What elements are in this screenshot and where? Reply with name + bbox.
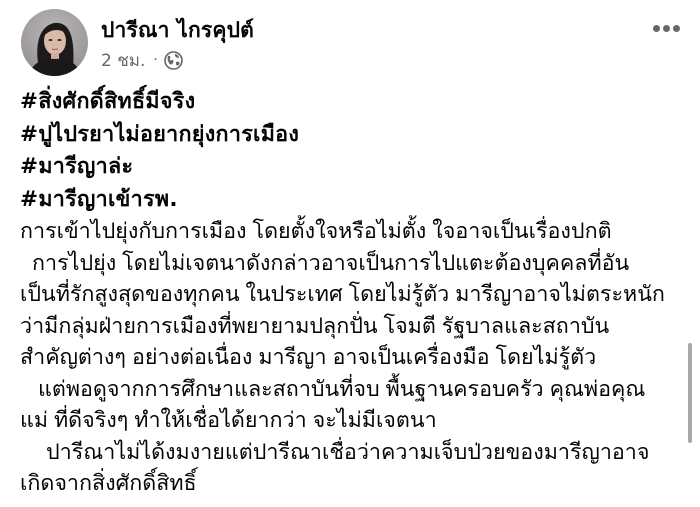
post-text-line: สำคัญต่างๆ อย่างต่อเนื่อง มารีญา อาจเป็น… xyxy=(20,342,680,374)
hashtag-link[interactable]: #มารีญาล่ะ xyxy=(20,151,680,184)
more-options-button[interactable] xyxy=(646,18,686,38)
post-text-line: ปารีณาไม่ได้งมงายแต่ปารีณาเชื่อว่าความเจ… xyxy=(20,437,680,469)
scrollbar-thumb[interactable] xyxy=(688,343,692,443)
post-text-line: แม่ ที่ดีจริงๆ ทำให้เชื่อได้ยากว่า จะไม่… xyxy=(20,405,680,437)
post-text-line: เกิดจากสิ่งศักดิ์สิทธิ์ xyxy=(20,468,680,500)
post-text-line: แต่พอดูจากการศึกษาและสถาบันที่จบ พื้นฐาน… xyxy=(20,374,680,406)
more-horizontal-icon-dot xyxy=(663,25,670,32)
profile-photo-icon xyxy=(21,9,88,76)
hashtag-link[interactable]: #ปูไปรยาไม่อยากยุ่งการเมือง xyxy=(20,119,680,152)
more-horizontal-icon-dot xyxy=(673,25,680,32)
post-text-line: ว่ามีกลุ่มฝ่ายการเมืองที่พยายามปลุกปั่น … xyxy=(20,311,680,343)
post-body: #สิ่งศักดิ์สิทธิ์มีจริง #ปูไปรยาไม่อยากย… xyxy=(20,86,680,500)
author-name[interactable]: ปารีณา ไกรคุปต์ xyxy=(101,14,254,47)
avatar[interactable] xyxy=(21,9,88,76)
post-meta: 2 ชม. · xyxy=(101,48,183,72)
post-text-line: การเข้าไปยุ่งกับการเมือง โดยตั้งใจหรือไม… xyxy=(20,216,680,248)
facebook-post: ปารีณา ไกรคุปต์ 2 ชม. · #สิ่งศักดิ์สิทธิ… xyxy=(0,0,700,507)
post-header: ปารีณา ไกรคุปต์ 2 ชม. · xyxy=(0,0,700,80)
post-text-line: เป็นที่รักสูงสุดของทุกคน ในประเทศ โดยไม่… xyxy=(20,279,680,311)
post-text-line: การไปยุ่ง โดยไม่เจตนาดังกล่าวอาจเป็นการไ… xyxy=(20,248,680,280)
meta-separator: · xyxy=(153,52,157,68)
hashtag-link[interactable]: #มารีญาเข้ารพ. xyxy=(20,184,680,217)
globe-icon[interactable] xyxy=(164,51,183,70)
more-horizontal-icon-dot xyxy=(653,25,660,32)
timestamp[interactable]: 2 ชม. xyxy=(101,47,145,74)
hashtag-link[interactable]: #สิ่งศักดิ์สิทธิ์มีจริง xyxy=(20,86,680,119)
